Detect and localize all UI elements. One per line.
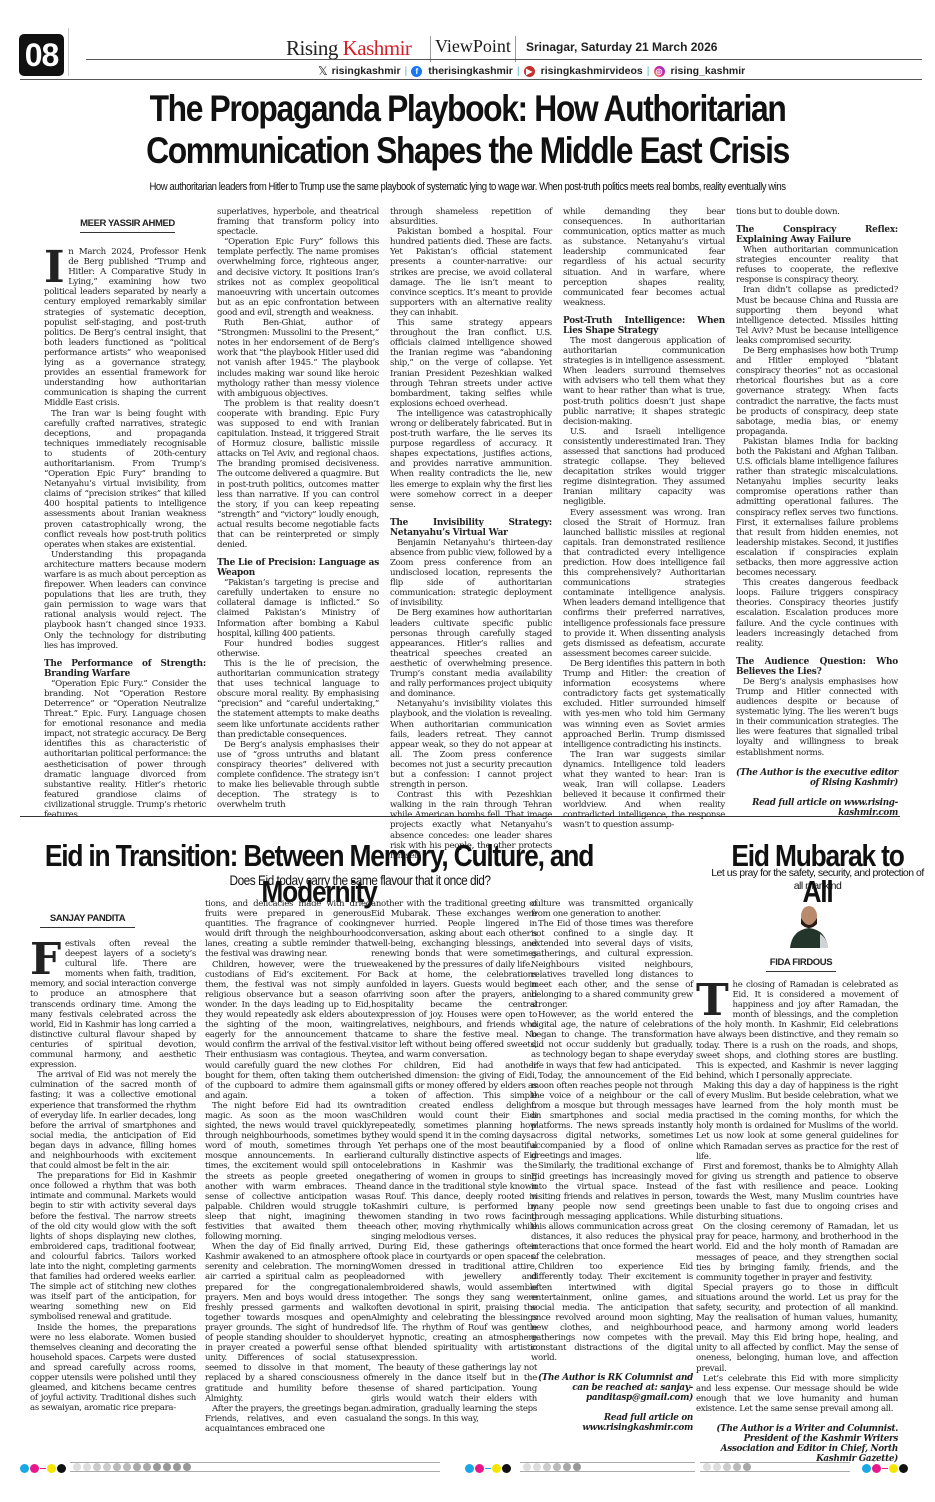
read-more-link[interactable]: Read full article on www.risingkashmir.c… bbox=[531, 1413, 693, 1433]
section-divider bbox=[20, 816, 900, 817]
paragraph: Children, however, were the true custodi… bbox=[205, 960, 371, 1101]
gray-dot-icon bbox=[93, 1463, 101, 1471]
gray-dot-icon bbox=[143, 1463, 151, 1471]
headline-line2: Communication Shapes the Middle East Cri… bbox=[65, 130, 869, 172]
subheading: The Performance of Strength: Branding Wa… bbox=[44, 659, 206, 679]
registration-mark bbox=[862, 1462, 908, 1474]
divider: | bbox=[647, 65, 650, 77]
paragraph: Let’s celebrate this Eid with more simpl… bbox=[696, 1374, 898, 1414]
paragraph: Back at home, the celebrations unfolded … bbox=[371, 970, 537, 1061]
paragraph: Similarly, the traditional exchange of E… bbox=[531, 1161, 693, 1262]
author-credit: (The Author is RK Columnist and can be r… bbox=[531, 1373, 693, 1403]
author-photo bbox=[780, 902, 838, 948]
article3-column: The closing of Ramadan is celebrated as … bbox=[696, 980, 898, 1464]
article3-byline-wrap: FIDA FIRDOUS bbox=[766, 950, 836, 972]
paragraph: The night before Eid had its own magic. … bbox=[205, 1101, 371, 1242]
black-dot-icon bbox=[502, 1464, 511, 1473]
article2-byline-wrap: SANJAY PANDITA bbox=[40, 906, 135, 928]
article2-column-4: culture was transmitted organically from… bbox=[531, 899, 693, 1433]
paragraph: superlatives, hyperbole, and theatrical … bbox=[217, 207, 379, 237]
brand-logo[interactable]: Rising Kashmir bbox=[286, 36, 411, 61]
paragraph: The beauty of these gatherings lay not m… bbox=[371, 1363, 537, 1424]
paragraph: Iran didn’t collapse as predicted? Must … bbox=[736, 285, 898, 346]
social-links: 𝕏risingkashmir | ftherisingkashmir | ▶ri… bbox=[318, 64, 745, 78]
article3-deck: Let us pray for the safety, security, an… bbox=[710, 867, 925, 893]
gray-dot-icon bbox=[543, 1463, 551, 1471]
gray-dot-icon bbox=[553, 1463, 561, 1471]
gray-dot-icon bbox=[153, 1463, 161, 1471]
paragraph: tions but to double down. bbox=[736, 207, 898, 217]
yellow-dot-icon bbox=[47, 1464, 56, 1473]
gray-dot-icon bbox=[103, 1463, 111, 1471]
paragraph: This creates dangerous feedback loops. F… bbox=[736, 578, 898, 649]
magenta-dot-icon bbox=[30, 1464, 39, 1473]
page-number: 08 bbox=[19, 34, 64, 76]
paragraph: Four hundred bodies suggest otherwise. bbox=[217, 639, 379, 659]
social-instagram-handle[interactable]: rising_kashmir bbox=[671, 65, 746, 77]
black-dot-icon bbox=[57, 1464, 66, 1473]
article1-column-1: In March 2024, Professor Henk de Berg pu… bbox=[44, 247, 206, 820]
subheading: The Audience Question: Who Believes the … bbox=[736, 657, 898, 677]
paragraph: Pakistan bombed a hospital. Four hundred… bbox=[390, 227, 552, 318]
article1-byline-wrap: MEER YASSIR AHMED bbox=[80, 211, 175, 233]
divider: | bbox=[405, 65, 408, 77]
article2-column-2: tions, and delicacies made with dried fr… bbox=[205, 899, 371, 1434]
gray-dot-icon bbox=[563, 1463, 571, 1471]
cyan-dot-icon bbox=[465, 1464, 474, 1473]
article1-deck: How authoritarian leaders from Hitler to… bbox=[47, 181, 889, 193]
youtube-icon: ▶ bbox=[524, 66, 535, 77]
paragraph: Yet perhaps one of the most beautiful an… bbox=[371, 1141, 537, 1242]
paragraph: For children, Eid had another cherished … bbox=[371, 1061, 537, 1142]
cyan-dot-icon bbox=[862, 1464, 871, 1473]
author-credit: (The Author is a Writer and Columnist. P… bbox=[696, 1424, 898, 1464]
article2-column-3: another with the traditional greeting of… bbox=[371, 899, 537, 1424]
brand-part1: Rising bbox=[286, 36, 338, 60]
gray-dot-icon bbox=[703, 1463, 711, 1471]
gray-dot-icon bbox=[163, 1463, 171, 1471]
paragraph: The preparations for Eid in Kashmir once… bbox=[30, 1171, 196, 1322]
paragraph: The Eid of those times was therefore not… bbox=[531, 919, 693, 1010]
yellow-dot-icon bbox=[492, 1464, 501, 1473]
paragraph: tions, and delicacies made with dried fr… bbox=[205, 899, 371, 960]
paragraph: Ruth Ben-Ghiat, author of “Strongmen: Mu… bbox=[217, 318, 379, 399]
divider bbox=[40, 1468, 46, 1469]
paragraph: De Berg’s analysis emphasises how Trump … bbox=[736, 677, 898, 758]
paragraph: The Iran war suggests similar dynamics. … bbox=[563, 750, 725, 831]
magenta-dot-icon bbox=[475, 1464, 484, 1473]
masthead-bottom-rule bbox=[20, 79, 922, 80]
article1-column-5: tions but to double down. The Conspiracy… bbox=[736, 207, 898, 818]
paragraph: De Berg emphasises how both Trump and Hi… bbox=[736, 346, 898, 437]
brand-part2: Kashmir bbox=[343, 36, 412, 60]
paragraph: The Iran war is being fought with carefu… bbox=[44, 409, 206, 550]
paragraph: After the prayers, the greetings began. … bbox=[205, 1404, 371, 1434]
paragraph: n March 2024, Professor Henk de Berg pub… bbox=[44, 247, 206, 408]
paragraph: When the day of Eid finally arrived, Kas… bbox=[205, 1242, 371, 1404]
subheading: The Invisibility Strategy: Netanyahu’s V… bbox=[390, 518, 552, 538]
registration-mark bbox=[465, 1462, 511, 1474]
facebook-icon: f bbox=[411, 66, 422, 77]
paragraph: Understanding this propaganda architectu… bbox=[44, 550, 206, 651]
dateline: Srinagar, Saturday 21 March 2026 bbox=[526, 40, 717, 54]
gray-dot-icon bbox=[133, 1463, 141, 1471]
article1-column-4: while demanding they bear consequences. … bbox=[563, 207, 725, 831]
article2-column-1: Festivals often reveal the deepest layer… bbox=[30, 939, 196, 1413]
paragraph: Making this day a day of happiness is th… bbox=[696, 1081, 898, 1162]
gray-dot-icon bbox=[83, 1463, 91, 1471]
drop-cap: I bbox=[44, 249, 64, 287]
divider bbox=[68, 28, 69, 76]
paragraph: another with the traditional greeting of… bbox=[371, 899, 537, 970]
registration-mark bbox=[20, 1462, 66, 1474]
paragraph: De Berg examines how authoritarian leade… bbox=[390, 608, 552, 699]
cyan-dot-icon bbox=[20, 1464, 29, 1473]
article1-headline: The Propaganda Playbook: How Authoritari… bbox=[65, 88, 869, 172]
paragraph: while demanding they bear consequences. … bbox=[563, 207, 725, 308]
paragraph: The intelligence was catastrophically wr… bbox=[390, 409, 552, 510]
gray-dot-icon bbox=[123, 1463, 131, 1471]
gray-dot-icon bbox=[713, 1463, 721, 1471]
read-more-link[interactable]: Read full article on www.rising-kashmir.… bbox=[736, 798, 898, 818]
yellow-dot-icon bbox=[889, 1464, 898, 1473]
paragraph: “Operation Epic Fury.” Consider the bran… bbox=[44, 679, 206, 820]
paragraph: “Pakistan’s targeting is precise and car… bbox=[217, 578, 379, 639]
drop-cap: T bbox=[696, 982, 728, 1020]
paragraph: First and foremost, thanks be to Almight… bbox=[696, 1162, 898, 1223]
subheading: The Conspiracy Reflex: Explaining Away F… bbox=[736, 225, 898, 245]
gray-dot-icon bbox=[733, 1463, 741, 1471]
paragraph: The arrival of Eid was not merely the cu… bbox=[30, 1070, 196, 1171]
article2-deck: Does Eid today carry the same flavour th… bbox=[224, 872, 496, 888]
social-youtube-handle[interactable]: risingkashmirvideos bbox=[541, 65, 643, 77]
gray-dot-icon bbox=[533, 1463, 541, 1471]
gray-dot-icon bbox=[113, 1463, 121, 1471]
paragraph: This same strategy appears throughout th… bbox=[390, 318, 552, 409]
article3-byline: FIDA FIRDOUS bbox=[766, 957, 836, 972]
author-credit: (The Author is the executive editor of R… bbox=[736, 768, 898, 788]
headline-line1: The Propaganda Playbook: How Authoritari… bbox=[65, 88, 869, 130]
masthead-rule bbox=[86, 59, 922, 60]
paragraph: Benjamin Netanyahu’s thirteen-day absenc… bbox=[390, 538, 552, 609]
grayscale-bar bbox=[70, 1462, 440, 1472]
paragraph: Today, the announcement of the Eid moon … bbox=[531, 1071, 693, 1162]
paragraph: The most dangerous application of author… bbox=[563, 336, 725, 427]
subheading: The Lie of Precision: Language as Weapon bbox=[217, 558, 379, 578]
grayscale-bar bbox=[700, 1462, 850, 1472]
paragraph: Netanyahu’s invisibility violates this p… bbox=[390, 699, 552, 790]
social-facebook-handle[interactable]: therisingkashmir bbox=[428, 65, 513, 77]
gray-dot-icon bbox=[743, 1463, 751, 1471]
paragraph: Inside the homes, the preparations were … bbox=[30, 1323, 196, 1414]
article2-byline: SANJAY PANDITA bbox=[40, 913, 135, 928]
paragraph: However, as the world entered the digita… bbox=[531, 1010, 693, 1071]
paragraph: Special prayers go to those in difficult… bbox=[696, 1283, 898, 1374]
gray-dot-icon bbox=[523, 1463, 531, 1471]
gray-dot-icon bbox=[73, 1463, 81, 1471]
paragraph: During Eid, these gatherings often took … bbox=[371, 1242, 537, 1363]
paragraph: “Operation Epic Fury” follows this templ… bbox=[217, 237, 379, 318]
paragraph: Pakistan blames India for backing both t… bbox=[736, 437, 898, 578]
paragraph: through shameless repetition of absurdit… bbox=[390, 207, 552, 227]
divider: | bbox=[517, 65, 520, 77]
divider bbox=[882, 1468, 888, 1469]
paragraph: culture was transmitted organically from… bbox=[531, 899, 693, 919]
paragraph: This is the lie of precision, the author… bbox=[217, 659, 379, 740]
black-dot-icon bbox=[899, 1464, 908, 1473]
masthead: 08 Rising Kashmir ViewPoint Srinagar, Sa… bbox=[0, 0, 935, 80]
gray-dot-icon bbox=[183, 1463, 191, 1471]
social-x-handle[interactable]: risingkashmir bbox=[332, 65, 401, 77]
paragraph: Every assessment was wrong. Iran closed … bbox=[563, 508, 725, 659]
paragraph: On the closing ceremony of Ramadan, let … bbox=[696, 1222, 898, 1283]
magenta-dot-icon bbox=[872, 1464, 881, 1473]
article1-column-3: through shameless repetition of absurdit… bbox=[390, 207, 552, 861]
subheading: Post-Truth Intelligence: When Lies Shape… bbox=[563, 316, 725, 336]
gray-dot-icon bbox=[173, 1463, 181, 1471]
paragraph: Children too experience Eid differently … bbox=[531, 1262, 693, 1363]
drop-cap: F bbox=[30, 941, 61, 979]
grayscale-bar bbox=[520, 1462, 695, 1472]
instagram-icon: ◎ bbox=[654, 66, 665, 77]
gray-dot-icon bbox=[573, 1463, 581, 1471]
paragraph: U.S. and Israeli intelligence consistent… bbox=[563, 427, 725, 508]
paragraph: De Berg identifies this pattern in both … bbox=[563, 659, 725, 750]
x-icon: 𝕏 bbox=[318, 64, 328, 78]
paragraph: De Berg’s analysis emphasises their use … bbox=[217, 740, 379, 811]
divider bbox=[485, 1468, 491, 1469]
paragraph: The problem is that reality doesn’t coop… bbox=[217, 399, 379, 550]
article1-byline: MEER YASSIR AHMED bbox=[80, 218, 175, 233]
article1-column-2: superlatives, hyperbole, and theatrical … bbox=[217, 207, 379, 810]
paragraph: When authoritarian communication strateg… bbox=[736, 245, 898, 285]
gray-dot-icon bbox=[723, 1463, 731, 1471]
